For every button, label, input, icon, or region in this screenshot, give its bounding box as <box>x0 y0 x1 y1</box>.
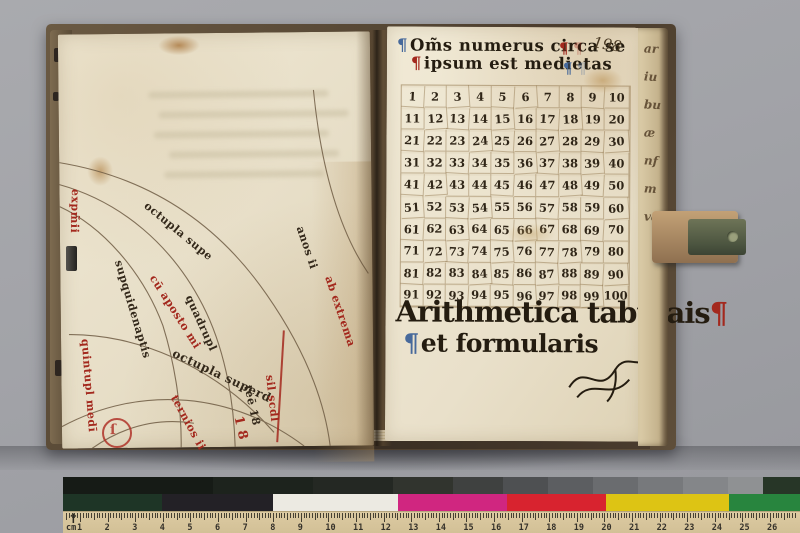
ruler-tick <box>483 513 484 518</box>
ruler-tick <box>538 513 539 518</box>
edge-script-letter: m <box>644 181 668 196</box>
table-cell: 63 <box>445 218 469 242</box>
ruler-tick <box>293 513 294 518</box>
ruler-tick <box>196 513 197 518</box>
ruler-tick <box>662 513 663 518</box>
ruler-tick <box>566 513 567 518</box>
ruler-tick <box>770 513 771 522</box>
table-cell: 35 <box>492 152 515 174</box>
table-cell: 89 <box>581 263 605 286</box>
ruler-tick <box>626 513 627 518</box>
ruler-tick <box>508 513 509 520</box>
ruler-tick <box>417 513 418 518</box>
ruler-tick <box>246 513 247 522</box>
table-cell: 31 <box>401 152 424 174</box>
ruler-tick <box>204 513 205 520</box>
ruler-tick <box>477 513 478 518</box>
ruler-tick <box>66 513 67 520</box>
ruler-tick <box>320 513 321 518</box>
ruler-tick <box>160 513 161 518</box>
ruler-tick <box>632 513 633 522</box>
ruler-tick <box>99 513 100 518</box>
ruler-tick <box>585 513 586 518</box>
ruler-tick <box>795 513 796 518</box>
calibration-patch <box>398 494 507 511</box>
ruler-tick <box>91 513 92 518</box>
edge-script-letter: bu <box>644 97 668 112</box>
ruler-tick <box>748 513 749 518</box>
ruler-tick <box>588 513 589 518</box>
ruler-tick <box>155 513 156 518</box>
ruler-tick <box>704 513 705 518</box>
ruler-tick <box>615 513 616 518</box>
ruler-tick <box>618 513 619 520</box>
ruler-tick <box>210 513 211 518</box>
table-cell: 37 <box>536 152 560 175</box>
ruler-number: 14 <box>436 523 446 533</box>
ruler-tick <box>729 513 730 520</box>
ruler-tick <box>693 513 694 518</box>
ruler-tick <box>257 513 258 518</box>
ruler-number: 21 <box>629 523 639 533</box>
ruler-tick <box>74 513 75 518</box>
table-cell: 32 <box>424 152 447 174</box>
ruler-tick <box>773 513 774 518</box>
table-cell: 20 <box>605 109 630 131</box>
ruler-tick <box>317 513 318 518</box>
ruler-number: 9 <box>298 523 303 533</box>
table-cell: 25 <box>491 129 515 152</box>
ruler-number: 15 <box>463 523 473 533</box>
table-cell: 47 <box>537 175 560 197</box>
ruler-tick <box>298 513 299 518</box>
ruler-tick <box>276 513 277 518</box>
ruler-tick <box>254 513 255 518</box>
ruler-tick <box>199 513 200 518</box>
ruler-tick <box>486 513 487 518</box>
ruler-tick <box>166 513 167 518</box>
ruler-tick <box>235 513 236 518</box>
ruler-tick <box>776 513 777 518</box>
ruler-tick <box>389 513 390 518</box>
table-cell: 68 <box>559 219 582 241</box>
ruler-tick <box>411 513 412 522</box>
ruler-tick <box>475 513 476 518</box>
ruler-tick <box>279 513 280 518</box>
clasp-hole <box>727 231 738 242</box>
ruler-unit-label: cm <box>66 523 76 533</box>
ruler-tick <box>643 513 644 518</box>
manuscript-photo: expm̃ii octupla supe supquidenaptis cū a… <box>0 0 800 533</box>
ruler-tick <box>549 513 550 522</box>
ruler-tick <box>684 513 685 518</box>
table-cell: 46 <box>514 174 537 196</box>
table-cell: 81 <box>400 262 424 285</box>
ruler-tick <box>552 513 553 518</box>
table-cell: 55 <box>491 196 514 218</box>
table-cell: 39 <box>581 152 605 176</box>
calibration-patch <box>606 494 729 511</box>
ruler-tick <box>193 513 194 518</box>
ruler-tick <box>781 513 782 518</box>
ruler-tick <box>177 513 178 520</box>
ruler-tick <box>671 513 672 518</box>
ruler-tick <box>359 513 360 518</box>
table-cell: 74 <box>469 240 492 262</box>
table-cell: 82 <box>423 262 446 284</box>
table-cell: 5 <box>491 85 515 108</box>
ruler-tick <box>168 513 169 518</box>
ruler-number: 23 <box>684 523 694 533</box>
pilcrow-icon: ¶ <box>403 328 419 357</box>
table-cell: 48 <box>558 174 582 198</box>
table-cell: 13 <box>446 107 470 130</box>
ruler-tick <box>787 513 788 518</box>
table-cell: 87 <box>535 262 559 286</box>
ruler-tick <box>638 513 639 518</box>
table-cell: 72 <box>423 240 447 264</box>
ruler-tick <box>146 513 147 518</box>
offset-pilcrow-red: ¶ <box>559 39 569 57</box>
table-cell: 79 <box>581 241 604 263</box>
ruler-number: 11 <box>353 523 363 533</box>
clasp-loop <box>66 246 77 271</box>
table-cell: 66 <box>513 218 537 242</box>
ruler-tick <box>240 513 241 518</box>
ruler-tick <box>668 513 669 518</box>
ruler-tick <box>784 513 785 520</box>
ruler-tick <box>152 513 153 518</box>
ruler-tick <box>742 513 743 522</box>
table-cell: 22 <box>424 130 447 152</box>
ruler-tick <box>367 513 368 518</box>
calibration-patch <box>763 477 800 494</box>
ruler-tick <box>105 513 106 518</box>
table-cell: 49 <box>581 174 605 197</box>
table-cell: 36 <box>513 152 537 176</box>
calibration-patch <box>507 494 606 511</box>
ruler-tick <box>715 513 716 522</box>
grayscale-bar <box>63 477 800 494</box>
ruler-tick <box>563 513 564 520</box>
table-cell: 62 <box>424 218 447 240</box>
ruler-tick <box>207 513 208 518</box>
ruler-tick <box>442 513 443 518</box>
ruler-tick <box>364 513 365 518</box>
ruler-tick <box>574 513 575 518</box>
ruler-tick <box>602 513 603 518</box>
ruler-tick <box>544 513 545 518</box>
ruler-tick <box>524 513 525 518</box>
table-cell: 58 <box>559 197 582 219</box>
table-cell: 88 <box>559 263 582 285</box>
calibration-patch <box>593 477 638 494</box>
ruler-tick <box>701 513 702 520</box>
ruler-tick <box>519 513 520 518</box>
table-cell: 84 <box>468 262 492 286</box>
calibration-patch <box>548 477 593 494</box>
ruler-number: 8 <box>270 523 275 533</box>
ruler-number: 18 <box>546 523 556 533</box>
table-cell: 27 <box>536 130 560 154</box>
ruler-tick <box>406 513 407 518</box>
table-cell: 16 <box>514 108 537 130</box>
ruler-number: 17 <box>519 523 529 533</box>
ruler-tick <box>97 513 98 518</box>
ruler-number: 5 <box>187 523 192 533</box>
ruler-tick <box>345 513 346 518</box>
ruler-tick <box>323 513 324 518</box>
ruler-tick <box>718 513 719 518</box>
ruler-number: 10 <box>325 523 335 533</box>
ruler-tick <box>110 513 111 518</box>
ruler-tick <box>635 513 636 518</box>
ruler-tick <box>386 513 387 518</box>
ruler-tick <box>201 513 202 518</box>
margin-note: expm̃ii <box>68 189 82 234</box>
ruler-tick <box>268 513 269 518</box>
ruler-tick <box>124 513 125 518</box>
ruler-number: 26 <box>767 523 777 533</box>
table-cell: 51 <box>400 195 424 219</box>
ruler-tick <box>232 513 233 520</box>
table-cell: 6 <box>514 85 538 109</box>
ruler-tick <box>295 513 296 518</box>
ruler-tick <box>400 513 401 518</box>
ruler-tick <box>80 513 81 522</box>
ruler-tick <box>403 513 404 518</box>
ruler-tick <box>557 513 558 518</box>
ruler-tick <box>331 513 332 518</box>
ruler-tick <box>723 513 724 518</box>
ruler-tick <box>69 513 70 518</box>
ruler-tick <box>419 513 420 518</box>
ruler-tick <box>450 513 451 518</box>
ruler-tick <box>679 513 680 518</box>
table-cell: 44 <box>469 174 492 196</box>
calibration-patch <box>503 477 548 494</box>
ruler-tick <box>163 513 164 522</box>
table-cell: 83 <box>446 262 469 284</box>
table-cell: 69 <box>581 218 605 241</box>
ruler-tick <box>116 513 117 518</box>
table-cell: 56 <box>514 196 537 218</box>
table-cell: 73 <box>445 240 469 263</box>
ruler-tick <box>350 513 351 518</box>
ruler-tick <box>453 513 454 520</box>
ruler-tick <box>339 513 340 518</box>
ruler-tick <box>265 513 266 518</box>
calibration-patch <box>729 494 800 511</box>
offset-pilcrow-blue-ghost: ¶ <box>577 59 587 77</box>
calibration-patch <box>453 477 503 494</box>
ruler-tick <box>737 513 738 518</box>
ruler-number: 12 <box>381 523 391 533</box>
ruler-tick <box>533 513 534 518</box>
ruler-tick <box>301 513 302 522</box>
ruler-tick <box>315 513 316 520</box>
ruler-tick <box>373 513 374 518</box>
calibration-patch <box>273 494 398 511</box>
ruler-number: 2 <box>105 523 110 533</box>
calibration-patch <box>313 477 393 494</box>
ruler-number: 24 <box>712 523 722 533</box>
ruler-tick <box>646 513 647 520</box>
ruler-tick <box>621 513 622 518</box>
ruler-tick <box>312 513 313 518</box>
ruler-tick <box>127 513 128 518</box>
ruler-tick <box>745 513 746 518</box>
pilcrow-icon: ¶ <box>411 53 422 72</box>
ruler-tick <box>384 513 385 522</box>
ruler-tick <box>657 513 658 518</box>
ruler-tick <box>461 513 462 518</box>
ruler-number: 25 <box>739 523 749 533</box>
ruler-tick <box>651 513 652 518</box>
ruler-tick <box>502 513 503 518</box>
table-cell: 52 <box>424 196 447 218</box>
ruler-tick <box>488 513 489 518</box>
table-cell: 59 <box>582 197 605 219</box>
ruler-tick <box>629 513 630 518</box>
ruler-tick <box>527 513 528 518</box>
number-table: 1234567891011121314151617181920212223242… <box>400 84 631 308</box>
ruler-tick <box>591 513 592 520</box>
table-cell: 1 <box>401 85 425 108</box>
ruler-tick <box>530 513 531 518</box>
table-cell: 10 <box>605 86 630 108</box>
ruler-tick <box>381 513 382 518</box>
table-cell: 29 <box>581 130 605 153</box>
ruler-number: 16 <box>491 523 501 533</box>
ruler-tick <box>720 513 721 518</box>
table-cell: 11 <box>402 108 425 130</box>
ruler-tick <box>624 513 625 518</box>
table-cell: 17 <box>536 108 560 131</box>
ruler-tick <box>582 513 583 518</box>
ruler-tick <box>593 513 594 518</box>
table-cell: 42 <box>423 173 447 197</box>
ruler-tick <box>751 513 752 518</box>
ruler-tick <box>328 513 329 522</box>
ruler-tick <box>362 513 363 518</box>
ruler-tick <box>753 513 754 518</box>
calibration-patch <box>638 477 683 494</box>
ruler-tick <box>86 513 87 518</box>
table-cell: 64 <box>469 218 492 240</box>
ruler-tick <box>494 513 495 522</box>
table-cell: 21 <box>401 129 425 152</box>
table-cell: 50 <box>604 175 629 197</box>
ruler-tick <box>676 513 677 518</box>
table-cell: 40 <box>604 153 629 175</box>
table-cell: 3 <box>446 85 470 109</box>
edge-script-letter: ar <box>644 41 668 56</box>
ruler-tick <box>108 513 109 522</box>
ruler-tick <box>734 513 735 518</box>
ruler-tick <box>690 513 691 518</box>
ruler-tick <box>464 513 465 518</box>
table-cell: 76 <box>514 241 537 263</box>
table-cell: 38 <box>559 153 582 175</box>
ruler-tick <box>660 513 661 522</box>
calibration-patch <box>683 477 728 494</box>
ruler-tick <box>789 513 790 518</box>
ruler-tick <box>458 513 459 518</box>
edge-script-letter: æ <box>644 125 668 140</box>
ownership-stamp: ſ <box>102 418 132 448</box>
ruler-tick <box>284 513 285 518</box>
calibration-patch <box>213 477 313 494</box>
table-cell: 26 <box>514 130 537 152</box>
ruler-number: 13 <box>408 523 418 533</box>
table-cell: 23 <box>447 130 470 152</box>
ruler-number: 4 <box>160 523 165 533</box>
ruler-tick <box>149 513 150 520</box>
table-cell: 24 <box>468 129 492 153</box>
ruler-tick <box>505 513 506 518</box>
ruler-tick <box>414 513 415 518</box>
ruler-tick <box>613 513 614 518</box>
ruler-tick <box>778 513 779 518</box>
table-cell: 70 <box>604 219 629 241</box>
ruler-tick <box>762 513 763 518</box>
ruler-number: 20 <box>601 523 611 533</box>
table-cell: 43 <box>446 174 469 196</box>
title-block: Arithmetica tabulais¶ ¶et formularis <box>395 294 635 358</box>
ruler-tick <box>491 513 492 518</box>
table-cell: 4 <box>469 86 492 108</box>
pilcrow-icon: ¶ <box>710 296 728 330</box>
right-page: ¶Om̃s numerus circa se ¶ipsum est mediet… <box>385 26 643 441</box>
ruler-tick <box>397 513 398 520</box>
table-cell: 75 <box>490 240 514 264</box>
ruler-tick <box>726 513 727 518</box>
pilcrow-icon: ¶ <box>397 35 408 54</box>
ruler-tick <box>541 513 542 518</box>
ruler-tick <box>138 513 139 518</box>
ruler-tick <box>455 513 456 518</box>
ruler-tick <box>599 513 600 518</box>
ruler-tick <box>270 513 271 518</box>
ruler-tick <box>682 513 683 518</box>
table-cell: 9 <box>582 86 606 109</box>
table-cell: 41 <box>401 173 425 196</box>
ruler-tick <box>135 513 136 522</box>
calibration-patch <box>393 477 453 494</box>
ruler-tick <box>262 513 263 518</box>
ruler-tick <box>143 513 144 518</box>
ruler-tick <box>709 513 710 518</box>
table-cell: 67 <box>536 219 559 241</box>
calibration-patch <box>162 494 273 511</box>
ruler-tick <box>212 513 213 518</box>
calibration-patch <box>728 477 763 494</box>
ruler-tick <box>764 513 765 518</box>
ruler-tick <box>215 513 216 518</box>
table-cell: 28 <box>559 130 582 152</box>
ruler-tick <box>469 513 470 518</box>
cm-ruler: ↑ cm 12345678910111213141516171819202122… <box>63 511 800 533</box>
ruler-tick <box>190 513 191 522</box>
ruler-tick <box>188 513 189 518</box>
ruler-number: 3 <box>132 523 137 533</box>
ruler-tick <box>287 513 288 520</box>
ruler-number: 7 <box>243 523 248 533</box>
ruler-tick <box>102 513 103 518</box>
ruler-tick <box>182 513 183 518</box>
ruler-tick <box>546 513 547 518</box>
